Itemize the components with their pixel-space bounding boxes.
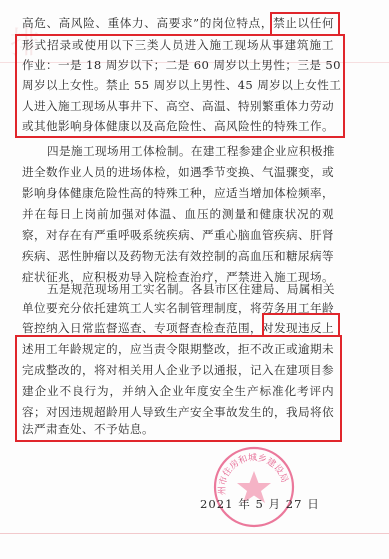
text-line: 四是施工现场用工体检制。在建工程参建企业应积极推 <box>47 143 334 160</box>
text-line: 管控纳入日常监督巡查、专项督查检查范围，对发现违反上 <box>22 320 334 337</box>
text-line: 述用工年龄规定的，应当责令限期整改，拒不改正或逾期未 <box>22 341 334 358</box>
text-line: 或其他影响身体健康以及高危险性、高风险性的特殊工作。 <box>22 118 334 135</box>
document-page: 排 高危、高风险、重体力、高要求”的岗位特点，禁止以任何 形式招录或使用以下三类… <box>0 0 389 559</box>
text-line: 建企业不良行为，并纳入企业年度安全生产标准化考评内 <box>22 383 334 400</box>
bleed-through-rule <box>0 533 389 534</box>
document-date: 2021 年 5 月 27 日 <box>200 496 320 512</box>
text-line: 作业：一是 18 周岁以下；二是 60 周岁以上男性；三是 50 <box>22 57 334 74</box>
text-line: 察，对存在有严重呼吸系统疾病、严重心脑血管疾病、肝肾 <box>22 227 334 244</box>
text-line: 法严肃查处、不予姑息。 <box>22 421 334 438</box>
text-line: 形式招录或使用以下三类人员进入施工现场从事建筑施工 <box>22 37 334 54</box>
text-line: 进全数作业人员的进场体检，如遇季节变换、气温骤变，或 <box>22 164 334 181</box>
bleed-through-text <box>40 448 52 463</box>
text-line: 五是规范现场用工实名制。各县市区住建局、局属相关 <box>47 281 334 298</box>
text-line: 疾病、恶性肿瘤以及药物无法有效控制的高血压和糖尿病等 <box>22 248 334 265</box>
text-line: 周岁以上女性。禁止 55 周岁以上男性、45 周岁以上女性工 <box>22 77 334 94</box>
text-line: 并在每日上岗前加强对体温、血压的测量和健康状况的观 <box>22 206 334 223</box>
text-line: 人进入施工现场从事井下、高空、高温、特别繁重体力劳动 <box>22 98 334 115</box>
text-line: 影响身体健康危险性高的特殊工种，应适当增加体检频率， <box>22 185 334 202</box>
official-seal-icon: 州市住房和城乡建设局 <box>212 445 296 529</box>
text-line: 单位要充分依托建筑工人实名制管理制度，将劳务用工年龄 <box>22 300 334 317</box>
text-line: 高危、高风险、重体力、高要求”的岗位特点，禁止以任何 <box>22 15 334 32</box>
text-line: 容；对因违规超龄用人导致生产安全事故发生的，我局将依 <box>22 404 334 421</box>
text-line: 完成整改的，将对相关用人企业予以通报，记入在建项目参 <box>22 362 334 379</box>
